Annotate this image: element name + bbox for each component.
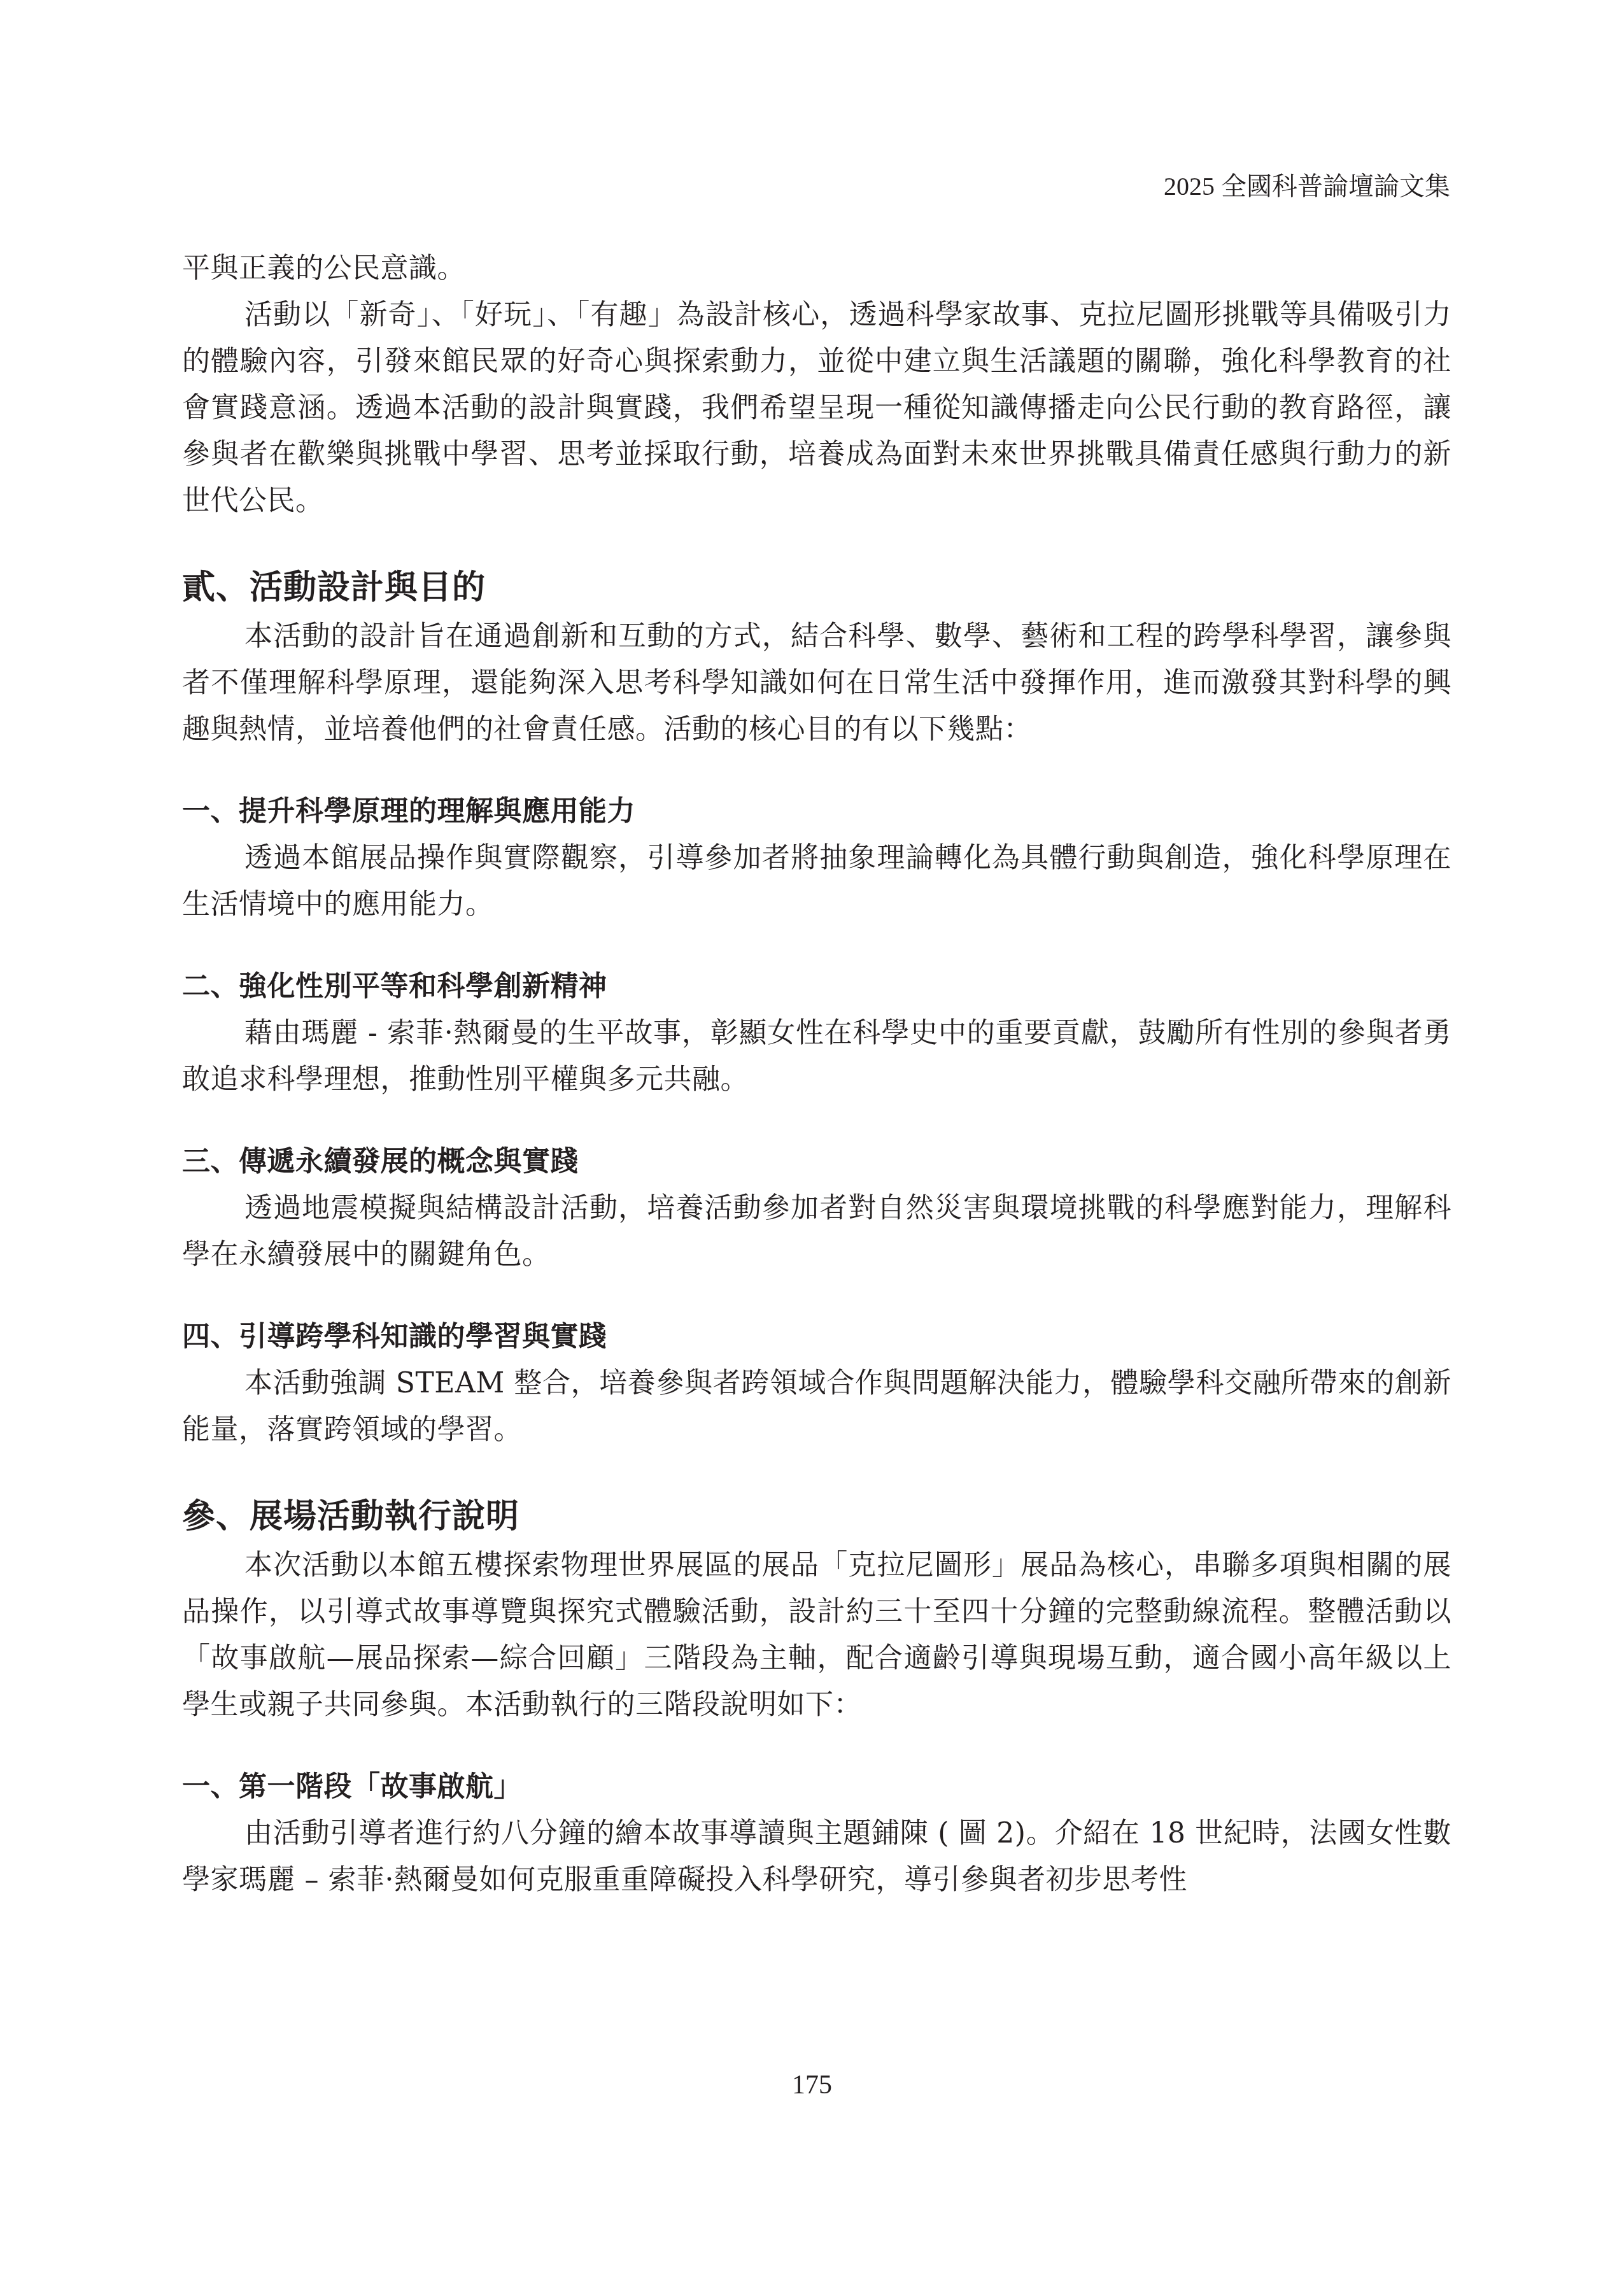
objective-2-heading: 二、強化性別平等和科學創新精神 [182,963,1451,1010]
objective-1-heading: 一、提升科學原理的理解與應用能力 [182,788,1451,835]
spacer [182,753,1451,788]
section-2-intro: 本活動的設計旨在通過創新和互動的方式，結合科學、數學、藝術和工程的跨學科學習，讓… [182,613,1451,753]
spacer [182,1728,1451,1764]
section-3-intro: 本次活動以本館五樓探索物理世界展區的展品「克拉尼圖形」展品為核心，串聯多項與相關… [182,1542,1451,1728]
objective-1-body: 透過本館展品操作與實際觀察，引導參加者將抽象理論轉化為具體行動與創造，強化科學原… [182,835,1451,928]
objective-2-body: 藉由瑪麗 - 索菲·熱爾曼的生平故事，彰顯女性在科學史中的重要貢獻，鼓勵所有性別… [182,1010,1451,1103]
page-body: 平與正義的公民意識。 活動以「新奇」、「好玩」、「有趣」為設計核心，透過科學家故… [182,245,1451,1903]
section-heading-3: 參、展場活動執行說明 [182,1491,1451,1542]
objective-3-body: 透過地震模擬與結構設計活動，培養活動參加者對自然災害與環境挑戰的科學應對能力，理… [182,1185,1451,1278]
objective-4-heading: 四、引導跨學科知識的學習與實踐 [182,1313,1451,1360]
spacer [182,524,1451,562]
stage-1-heading: 一、第一階段「故事啟航」 [182,1764,1451,1810]
objective-4-body: 本活動強調 STEAM 整合，培養參與者跨領域合作與問題解決能力，體驗學科交融所… [182,1360,1451,1453]
page-number: 175 [0,2069,1624,2101]
section-heading-2: 貳、活動設計與目的 [182,562,1451,613]
spacer [182,928,1451,963]
intro-paragraph: 活動以「新奇」、「好玩」、「有趣」為設計核心，透過科學家故事、克拉尼圖形挑戰等具… [182,292,1451,524]
intro-continuation: 平與正義的公民意識。 [182,245,1451,292]
spacer [182,1453,1451,1491]
spacer [182,1103,1451,1138]
running-header: 2025 全國科普論壇論文集 [1164,171,1450,202]
stage-1-body: 由活動引導者進行約八分鐘的繪本故事導讀與主題鋪陳 ( 圖 2)。介紹在 18 世… [182,1810,1451,1903]
spacer [182,1278,1451,1313]
objective-3-heading: 三、傳遞永續發展的概念與實踐 [182,1138,1451,1185]
